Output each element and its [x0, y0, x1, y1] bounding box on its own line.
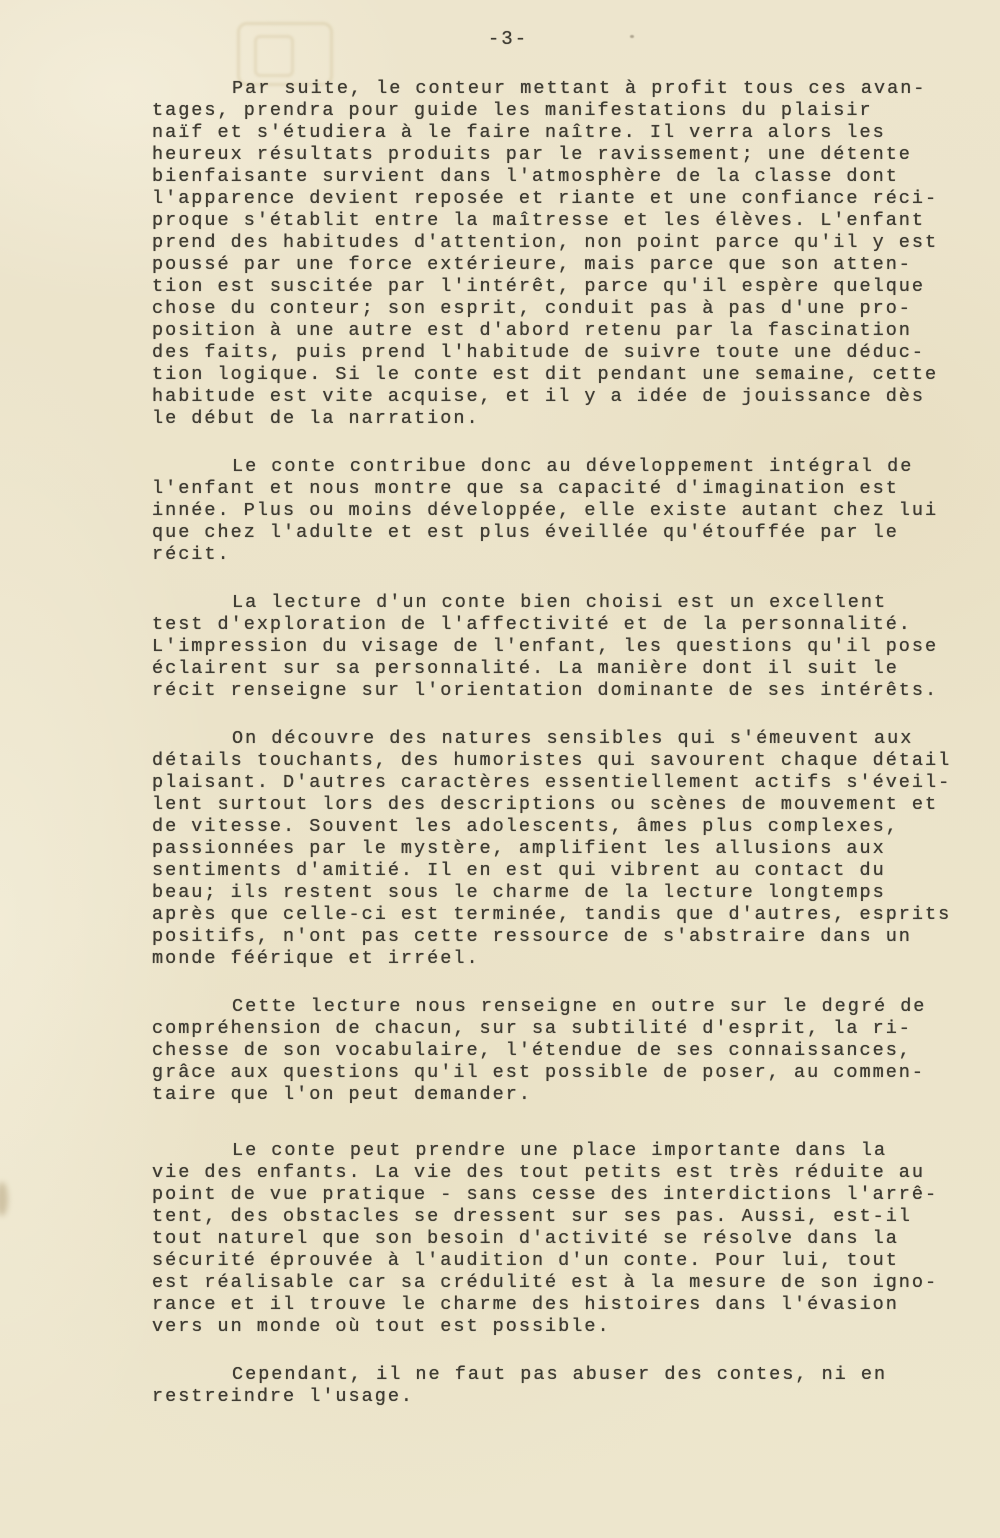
paragraph: On découvre des natures sensibles qui s'… — [152, 728, 972, 970]
paragraph: Le conte contribue donc au développement… — [152, 456, 972, 566]
document-body: Par suite, le conteur mettant à profit t… — [152, 78, 972, 1434]
paragraph: Cependant, il ne faut pas abuser des con… — [152, 1364, 972, 1408]
page-number: -3- — [0, 28, 1000, 50]
paragraph: Par suite, le conteur mettant à profit t… — [152, 78, 972, 430]
scanned-page: -3- Par suite, le conteur mettant à prof… — [0, 0, 1000, 1538]
paragraph: Cette lecture nous renseigne en outre su… — [152, 996, 972, 1106]
paragraph: La lecture d'un conte bien choisi est un… — [152, 592, 972, 702]
paper-speck — [0, 1182, 8, 1216]
paragraph: Le conte peut prendre une place importan… — [152, 1140, 972, 1338]
